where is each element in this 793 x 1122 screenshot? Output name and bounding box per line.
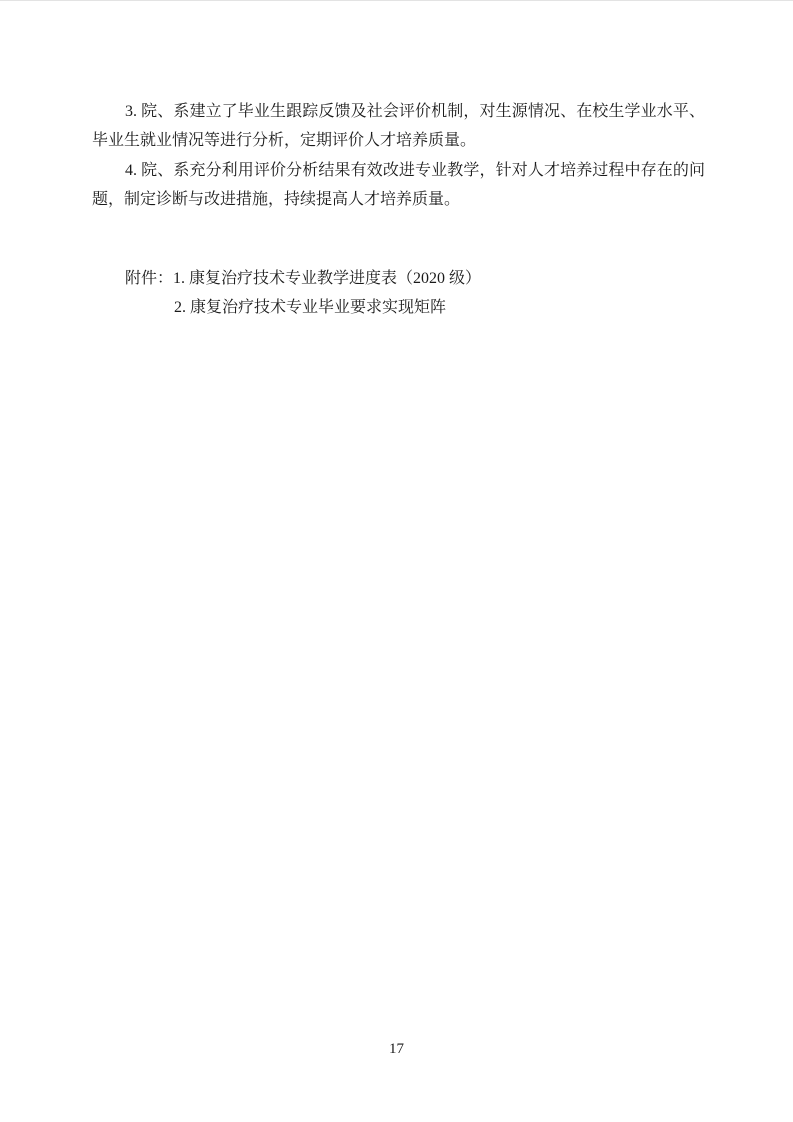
document-page: 3. 院、系建立了毕业生跟踪反馈及社会评价机制，对生源情况、在校生学业水平、 毕…: [0, 0, 793, 1122]
page-top-edge: [0, 0, 793, 1]
body-text-line: 4. 院、系充分利用评价分析结果有效改进专业教学，针对人才培养过程中存在的问: [92, 156, 705, 185]
paragraph-item-4: 4. 院、系充分利用评价分析结果有效改进专业教学，针对人才培养过程中存在的问 题…: [92, 156, 705, 215]
attachment-line-1: 附件：1. 康复治疗技术专业教学进度表（2020 级）: [92, 264, 705, 293]
attachment-line-2: 2. 康复治疗技术专业毕业要求实现矩阵: [92, 293, 705, 322]
body-text-line: 毕业生就业情况等进行分析，定期评价人才培养质量。: [92, 126, 705, 155]
body-text-line: 3. 院、系建立了毕业生跟踪反馈及社会评价机制，对生源情况、在校生学业水平、: [92, 97, 705, 126]
document-body: 3. 院、系建立了毕业生跟踪反馈及社会评价机制，对生源情况、在校生学业水平、 毕…: [92, 97, 705, 323]
page-number: 17: [0, 1039, 793, 1059]
attachments-block: 附件：1. 康复治疗技术专业教学进度表（2020 级） 2. 康复治疗技术专业毕…: [92, 264, 705, 323]
body-text-line: 题，制定诊断与改进措施，持续提高人才培养质量。: [92, 185, 705, 214]
paragraph-item-3: 3. 院、系建立了毕业生跟踪反馈及社会评价机制，对生源情况、在校生学业水平、 毕…: [92, 97, 705, 156]
